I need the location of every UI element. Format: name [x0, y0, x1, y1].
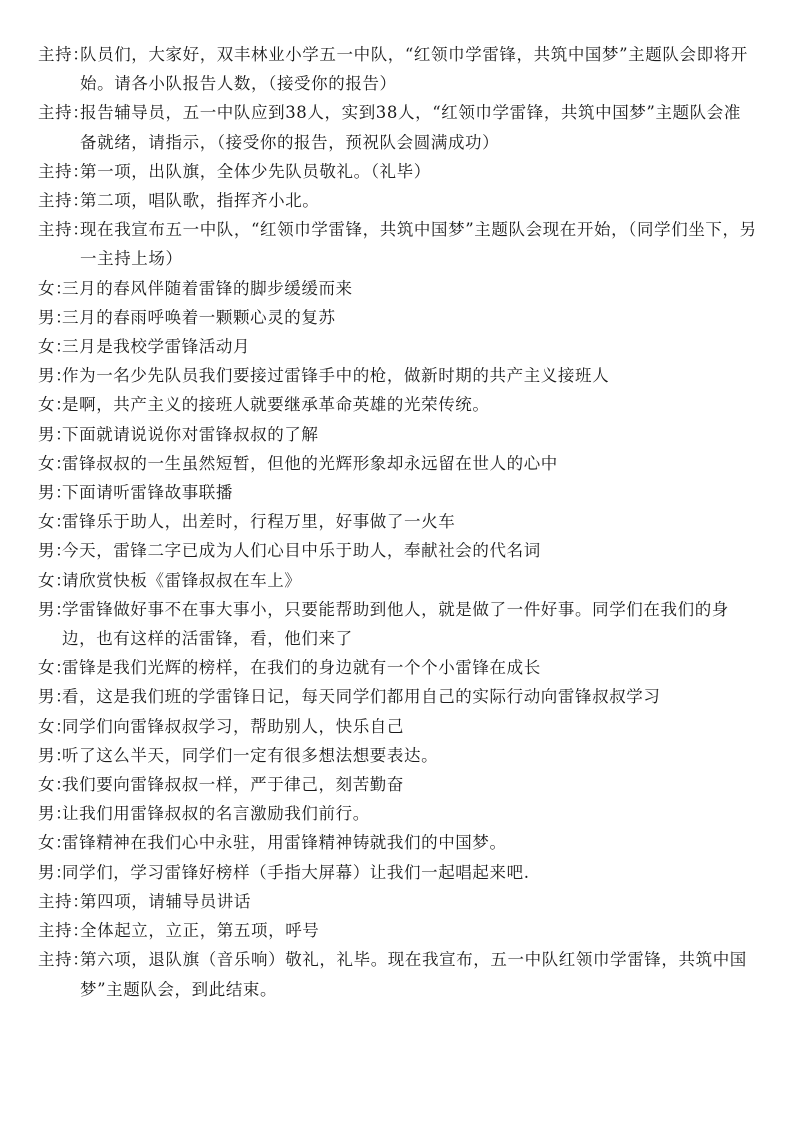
- speaker-label: 女：: [38, 274, 62, 303]
- speaker-label: 男：: [38, 303, 62, 332]
- dialogue-line: 女：雷锋精神在我们心中永驻，用雷锋精神铸就我们的中国梦。: [38, 828, 758, 857]
- speaker-label: 主持：: [38, 945, 80, 974]
- speaker-label: 男：: [38, 799, 62, 828]
- dialogue-line: 男：今天，雷锋二字已成为人们心目中乐于助人，奉献社会的代名词: [38, 536, 758, 565]
- line-text: 让我们用雷锋叔叔的名言激励我们前行。: [62, 799, 758, 828]
- dialogue-line: 男：看，这是我们班的学雷锋日记，每天同学们都用自己的实际行动向雷锋叔叔学习: [38, 682, 758, 711]
- speaker-label: 主持：: [38, 157, 80, 186]
- dialogue-line: 男：三月的春雨呼唤着一颗颗心灵的复苏: [38, 303, 758, 332]
- dialogue-line: 男：学雷锋做好事不在事大事小，只要能帮助到他人，就是做了一件好事。同学们在我们的…: [38, 595, 758, 653]
- line-text: 全体起立，立正，第五项，呼号: [80, 916, 758, 945]
- line-text: 作为一名少先队员我们要接过雷锋手中的枪，做新时期的共产主义接班人: [62, 361, 758, 390]
- dialogue-line: 女：同学们向雷锋叔叔学习，帮助别人，快乐自己: [38, 712, 758, 741]
- speaker-label: 女：: [38, 390, 62, 419]
- speaker-label: 主持：: [38, 916, 80, 945]
- speaker-label: 男：: [38, 478, 62, 507]
- dialogue-line: 女：雷锋乐于助人，出差时，行程万里，好事做了一火车: [38, 507, 758, 536]
- dialogue-line: 女：是啊，共产主义的接班人就要继承革命英雄的光荣传统。: [38, 390, 758, 419]
- dialogue-line: 男：作为一名少先队员我们要接过雷锋手中的枪，做新时期的共产主义接班人: [38, 361, 758, 390]
- speaker-label: 主持：: [38, 215, 80, 244]
- line-text: 下面请听雷锋故事联播: [62, 478, 758, 507]
- host-line: 主持：全体起立，立正，第五项，呼号: [38, 916, 758, 945]
- dialogue-line: 男：让我们用雷锋叔叔的名言激励我们前行。: [38, 799, 758, 828]
- dialogue-line: 女：雷锋是我们光辉的榜样，在我们的身边就有一个个小雷锋在成长: [38, 653, 758, 682]
- speaker-label: 男：: [38, 536, 62, 565]
- speaker-label: 男：: [38, 361, 62, 390]
- speaker-label: 主持：: [38, 186, 80, 215]
- dialogue-line: 男：听了这么半天，同学们一定有很多想法想要表达。: [38, 741, 758, 770]
- dialogue-line: 男：下面请听雷锋故事联播: [38, 478, 758, 507]
- speaker-label: 女：: [38, 449, 62, 478]
- host-line: 主持：队员们，大家好，双丰林业小学五一中队，“红领巾学雷锋，共筑中国梦”主题队会…: [38, 40, 758, 98]
- line-text: 现在我宣布五一中队，“红领巾学雷锋，共筑中国梦”主题队会现在开始，（同学们坐下，…: [80, 215, 758, 273]
- line-text: 第二项，唱队歌，指挥齐小北。: [80, 186, 758, 215]
- line-text: 下面就请说说你对雷锋叔叔的了解: [62, 420, 758, 449]
- dialogue-line: 女：雷锋叔叔的一生虽然短暂，但他的光辉形象却永远留在世人的心中: [38, 449, 758, 478]
- line-text: 学雷锋做好事不在事大事小，只要能帮助到他人，就是做了一件好事。同学们在我们的身边…: [62, 595, 758, 653]
- speaker-label: 女：: [38, 770, 62, 799]
- line-text: 今天，雷锋二字已成为人们心目中乐于助人，奉献社会的代名词: [62, 536, 758, 565]
- speaker-label: 女：: [38, 712, 62, 741]
- line-text: 第一项，出队旗，全体少先队员敬礼。（礼毕）: [80, 157, 758, 186]
- speaker-label: 男：: [38, 741, 62, 770]
- speaker-label: 主持：: [38, 887, 80, 916]
- line-text: 雷锋是我们光辉的榜样，在我们的身边就有一个个小雷锋在成长: [62, 653, 758, 682]
- dialogue-line: 女：我们要向雷锋叔叔一样，严于律己，刻苦勤奋: [38, 770, 758, 799]
- line-text: 三月是我校学雷锋活动月: [62, 332, 758, 361]
- host-line: 主持：第六项，退队旗（音乐响）敬礼，礼毕。现在我宣布，五一中队红领巾学雷锋，共筑…: [38, 945, 758, 1003]
- line-text: 我们要向雷锋叔叔一样，严于律己，刻苦勤奋: [62, 770, 758, 799]
- line-text: 请欣赏快板《雷锋叔叔在车上》: [62, 566, 758, 595]
- line-text: 是啊，共产主义的接班人就要继承革命英雄的光荣传统。: [62, 390, 758, 419]
- speaker-label: 主持：: [38, 98, 80, 127]
- dialogue-line: 男：下面就请说说你对雷锋叔叔的了解: [38, 420, 758, 449]
- host-line: 主持：报告辅导员，五一中队应到38人，实到38人，“红领巾学雷锋，共筑中国梦”主…: [38, 98, 758, 156]
- speaker-label: 女：: [38, 507, 62, 536]
- line-text: 同学们，学习雷锋好榜样（手指大屏幕）让我们一起唱起来吧.: [62, 858, 758, 887]
- line-text: 雷锋乐于助人，出差时，行程万里，好事做了一火车: [62, 507, 758, 536]
- line-text: 三月的春雨呼唤着一颗颗心灵的复苏: [62, 303, 758, 332]
- dialogue-line: 男：同学们，学习雷锋好榜样（手指大屏幕）让我们一起唱起来吧.: [38, 858, 758, 887]
- line-text: 同学们向雷锋叔叔学习，帮助别人，快乐自己: [62, 712, 758, 741]
- line-text: 雷锋叔叔的一生虽然短暂，但他的光辉形象却永远留在世人的心中: [62, 449, 758, 478]
- host-line: 主持：第四项，请辅导员讲话: [38, 887, 758, 916]
- dialogue-line: 女：三月是我校学雷锋活动月: [38, 332, 758, 361]
- speaker-label: 女：: [38, 332, 62, 361]
- line-text: 报告辅导员，五一中队应到38人，实到38人，“红领巾学雷锋，共筑中国梦”主题队会…: [80, 98, 758, 156]
- host-line: 主持：第二项，唱队歌，指挥齐小北。: [38, 186, 758, 215]
- host-line: 主持：第一项，出队旗，全体少先队员敬礼。（礼毕）: [38, 157, 758, 186]
- line-text: 三月的春风伴随着雷锋的脚步缓缓而来: [62, 274, 758, 303]
- speaker-label: 女：: [38, 566, 62, 595]
- line-text: 队员们，大家好，双丰林业小学五一中队，“红领巾学雷锋，共筑中国梦”主题队会即将开…: [80, 40, 758, 98]
- speaker-label: 男：: [38, 420, 62, 449]
- line-text: 听了这么半天，同学们一定有很多想法想要表达。: [62, 741, 758, 770]
- line-text: 看，这是我们班的学雷锋日记，每天同学们都用自己的实际行动向雷锋叔叔学习: [62, 682, 758, 711]
- dialogue-line: 女：请欣赏快板《雷锋叔叔在车上》: [38, 566, 758, 595]
- line-text: 第六项，退队旗（音乐响）敬礼，礼毕。现在我宣布，五一中队红领巾学雷锋，共筑中国梦…: [80, 945, 758, 1003]
- host-line: 主持：现在我宣布五一中队，“红领巾学雷锋，共筑中国梦”主题队会现在开始，（同学们…: [38, 215, 758, 273]
- line-text: 第四项，请辅导员讲话: [80, 887, 758, 916]
- speaker-label: 男：: [38, 595, 62, 624]
- line-text: 雷锋精神在我们心中永驻，用雷锋精神铸就我们的中国梦。: [62, 828, 758, 857]
- speaker-label: 男：: [38, 682, 62, 711]
- dialogue-line: 女：三月的春风伴随着雷锋的脚步缓缓而来: [38, 274, 758, 303]
- speaker-label: 女：: [38, 653, 62, 682]
- document-page: 主持：队员们，大家好，双丰林业小学五一中队，“红领巾学雷锋，共筑中国梦”主题队会…: [38, 40, 758, 1004]
- speaker-label: 主持：: [38, 40, 80, 69]
- speaker-label: 女：: [38, 828, 62, 857]
- speaker-label: 男：: [38, 858, 62, 887]
